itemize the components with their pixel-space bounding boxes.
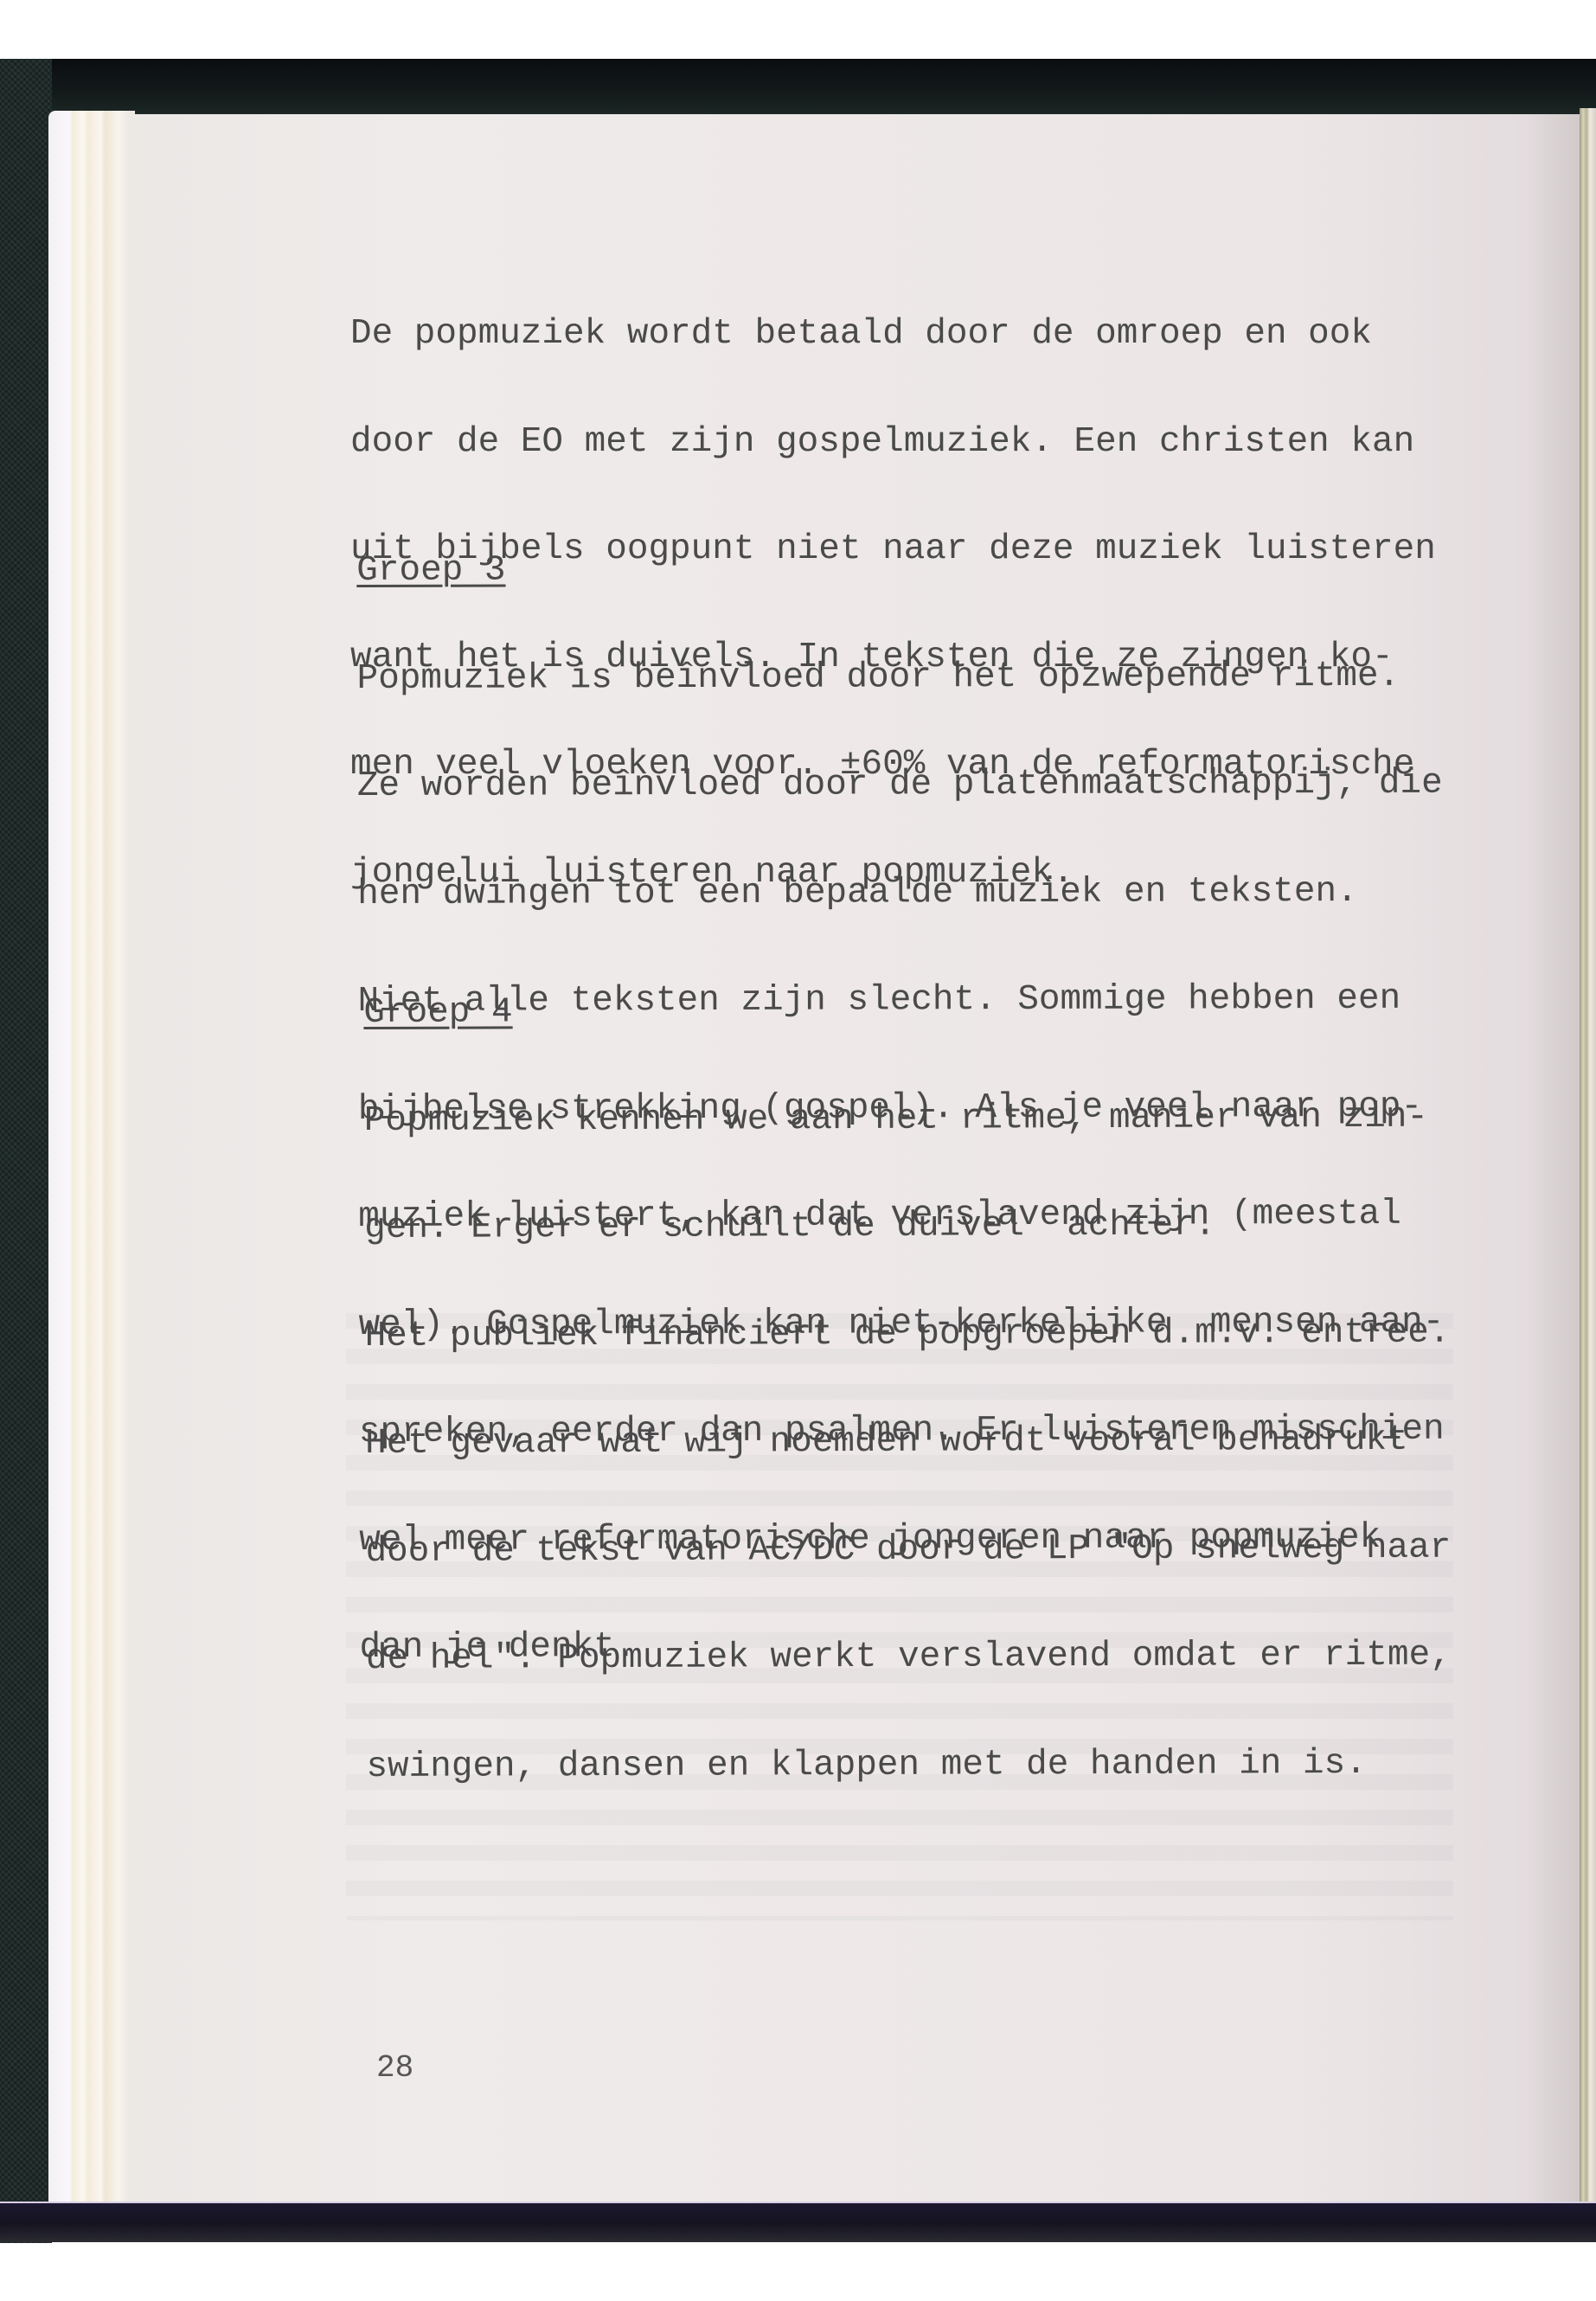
text-line: swingen, dansen en klappen met de handen… [366,1746,1452,1785]
page-number: 28 [376,2050,413,2086]
text-line: Het publiek financiert de popgroepen d.m… [365,1315,1451,1355]
text-line: De popmuziek wordt betaald door de omroe… [350,317,1436,353]
book-cover-left-edge [0,59,52,2243]
section-groep-4: Groep 4 Popmuziek kennen we aan het ritm… [363,920,1452,1822]
section-heading: Groep 4 [363,992,1449,1032]
text-line: gen. Erger er schuilt de duivel achter. [364,1208,1450,1247]
text-line: door de EO met zijn gospelmuziek. Een ch… [350,425,1436,461]
section-heading-text: Groep 3 [356,551,505,591]
book-cover-top-edge [0,59,1596,119]
text-line: Het gevaar wat wij noemden wordt vooral … [365,1423,1451,1463]
page-gutter [1580,108,1596,2202]
section-heading-text: Groep 4 [363,992,512,1033]
section-heading: Groep 3 [356,551,1442,590]
text-line: de hel". Popmuziek werkt verslavend omda… [366,1638,1452,1678]
text-line: door de tekst van AC/DC door de LP "Op s… [365,1530,1451,1570]
text-line: hen dwingen tot een bepaalde muziek en t… [357,874,1443,913]
book-cover-bottom-edge [0,2202,1596,2242]
text-line: Popmuziek is beînvloed door het opzwepen… [357,658,1443,697]
text-line: Popmuziek kennen we aan het ritme, manie… [364,1099,1450,1139]
page-stack-edges [48,111,135,2202]
text-line: Ze worden beînvloed door de platenmaatsc… [357,766,1443,805]
